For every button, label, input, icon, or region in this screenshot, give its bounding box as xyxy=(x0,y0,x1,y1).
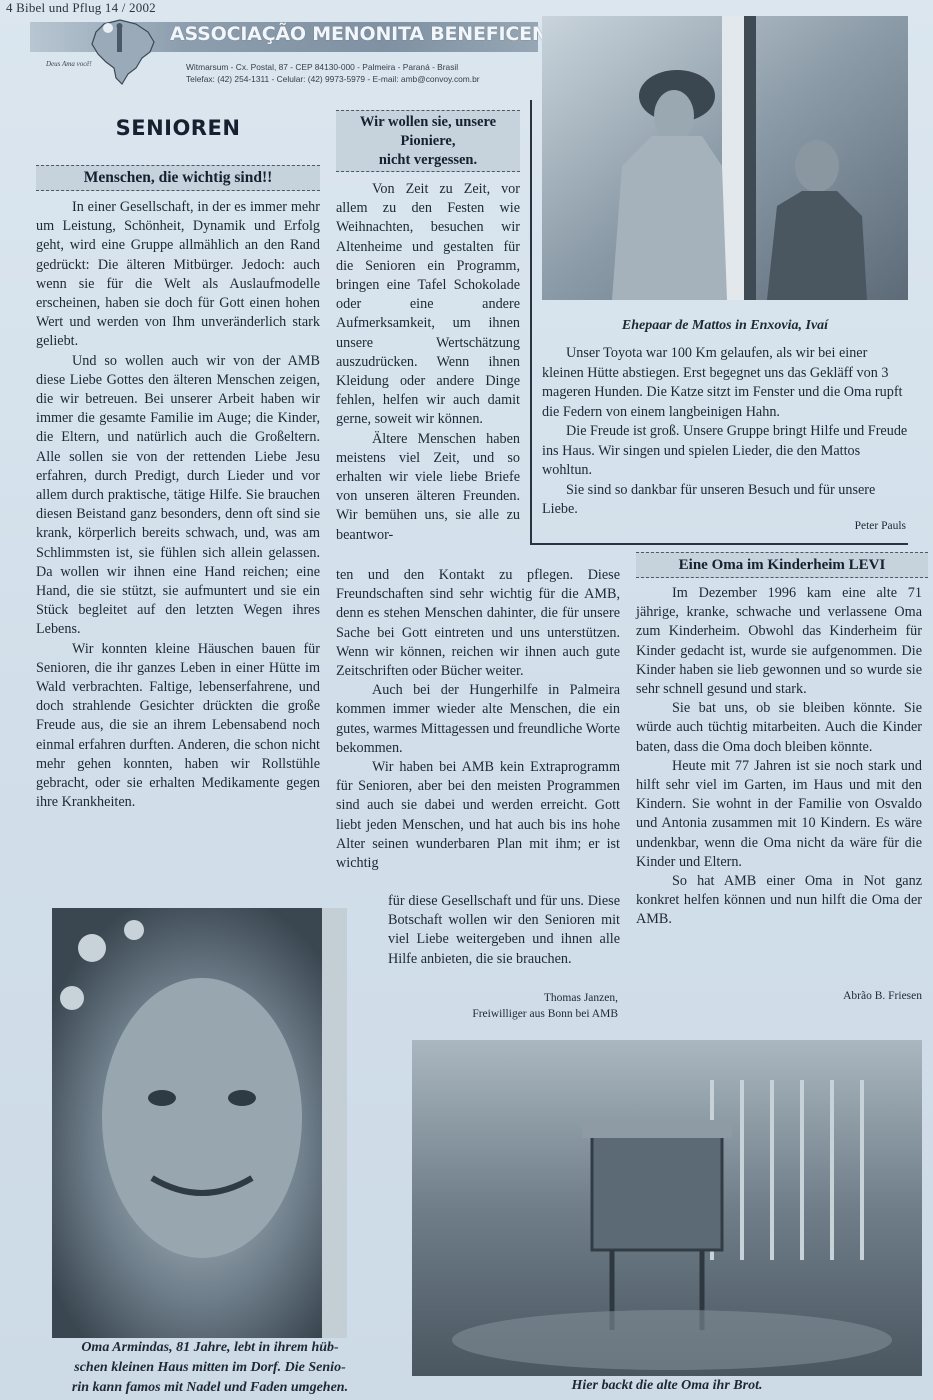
banner-contact: Telefax: (42) 254-1311 - Celular: (42) 9… xyxy=(186,74,480,84)
amb-banner: ASSOCIAÇÃO MENONITA BENEFICENTE Deus Ama… xyxy=(30,18,540,96)
article1-paragraph: Wir konnten kleine Häuschen bauen für Se… xyxy=(36,640,320,813)
article3-paragraph: Sie bat uns, ob sie bleiben könnte. Sie … xyxy=(636,699,922,757)
article2-signature: Thomas Janzen, Freiwilliger aus Bonn bei… xyxy=(388,990,618,1022)
running-head: 4 Bibel und Pflug 14 / 2002 xyxy=(6,0,156,16)
bread-oven-photo xyxy=(412,1040,922,1376)
banner-organization: ASSOCIAÇÃO MENONITA BENEFICENTE xyxy=(170,23,573,45)
article2-paragraph: für diese Gesellschaft und für uns. Dies… xyxy=(388,892,620,969)
mattos-signature: Peter Pauls xyxy=(780,520,906,532)
box-bottom-rule xyxy=(530,543,908,545)
article2-paragraph: Auch bei der Hungerhilfe in Palmeira kom… xyxy=(336,681,620,758)
article2-paragraph: Wir haben bei AMB kein Extraprogramm für… xyxy=(336,758,620,873)
article3-heading: Eine Oma im Kinderheim LEVI xyxy=(636,552,928,578)
mattos-body: Unser Toyota war 100 Km gelaufen, als wi… xyxy=(542,344,908,520)
article3-paragraph: Im Dezember 1996 kam eine alte 71 jährig… xyxy=(636,584,922,699)
article1-heading-text: Menschen, die wichtig sind!! xyxy=(84,169,273,186)
photo-placeholder-icon xyxy=(52,908,347,1338)
article2-paragraph: Ältere Menschen haben meistens viel Zeit… xyxy=(336,430,520,545)
mattos-couple-photo xyxy=(542,16,908,300)
article2-paragraph: ten und den Kontakt zu pflegen. Diese Fr… xyxy=(336,566,620,681)
article2-wide-body: ten und den Kontakt zu pflegen. Diese Fr… xyxy=(336,566,620,873)
article2-heading-line: Wir wollen sie, unsere xyxy=(336,113,520,132)
mattos-paragraph: Die Freude ist groß. Unsere Gruppe bring… xyxy=(542,422,908,481)
article3-paragraph: So hat AMB einer Oma in Not ganz konkret… xyxy=(636,872,922,930)
article2-heading: Wir wollen sie, unsere Pioniere, nicht v… xyxy=(336,110,520,172)
caption-line: schen kleinen Haus mitten im Dorf. Die S… xyxy=(30,1358,390,1378)
article2-heading-line: nicht vergessen. xyxy=(336,151,520,170)
caption-line: Oma Armindas, 81 Jahre, lebt in ihrem hü… xyxy=(30,1338,390,1358)
photo-placeholder-icon xyxy=(542,16,908,300)
article3-paragraph: Heute mit 77 Jahren ist sie noch stark u… xyxy=(636,757,922,872)
oma-armindas-photo xyxy=(52,908,347,1338)
box-left-rule xyxy=(530,100,532,545)
section-title: SENIOREN xyxy=(38,116,318,140)
article2-tail-body: für diese Gesellschaft und für uns. Dies… xyxy=(388,892,620,969)
oma-armindas-caption: Oma Armindas, 81 Jahre, lebt in ihrem hü… xyxy=(30,1338,390,1398)
banner-slogan: Deus Ama você! xyxy=(46,60,92,68)
banner-address: Witmarsum - Cx. Postal, 87 - CEP 84130-0… xyxy=(186,62,458,72)
mattos-photo-caption: Ehepaar de Mattos in Enxovia, Ivaí xyxy=(542,318,908,334)
article2-heading-line: Pioniere, xyxy=(336,132,520,151)
article1-paragraph: Und so wollen auch wir von der AMB diese… xyxy=(36,352,320,640)
bread-oven-caption: Hier backt die alte Oma ihr Brot. xyxy=(412,1378,922,1394)
signature-name: Thomas Janzen, xyxy=(388,990,618,1006)
photo-placeholder-icon xyxy=(412,1040,922,1376)
brazil-map-logo-icon xyxy=(86,18,158,88)
article1-body: In einer Gesellschaft, in der es immer m… xyxy=(36,198,320,813)
mattos-paragraph: Sie sind so dankbar für unseren Besuch u… xyxy=(542,481,908,520)
caption-line: rin kann famos mit Nadel und Faden umgeh… xyxy=(30,1378,390,1398)
article2-paragraph: Von Zeit zu Zeit, vor allem zu den Feste… xyxy=(336,180,520,430)
article2-narrow-body: Von Zeit zu Zeit, vor allem zu den Feste… xyxy=(336,180,520,545)
signature-role: Freiwilliger aus Bonn bei AMB xyxy=(388,1006,618,1022)
article1-paragraph: In einer Gesellschaft, in der es immer m… xyxy=(36,198,320,352)
article1-heading: Menschen, die wichtig sind!! xyxy=(36,165,320,191)
article3-body: Im Dezember 1996 kam eine alte 71 jährig… xyxy=(636,584,922,930)
article3-signature: Abrão B. Friesen xyxy=(780,990,922,1002)
article3-heading-text: Eine Oma im Kinderheim LEVI xyxy=(679,557,886,573)
mattos-paragraph: Unser Toyota war 100 Km gelaufen, als wi… xyxy=(542,344,908,422)
